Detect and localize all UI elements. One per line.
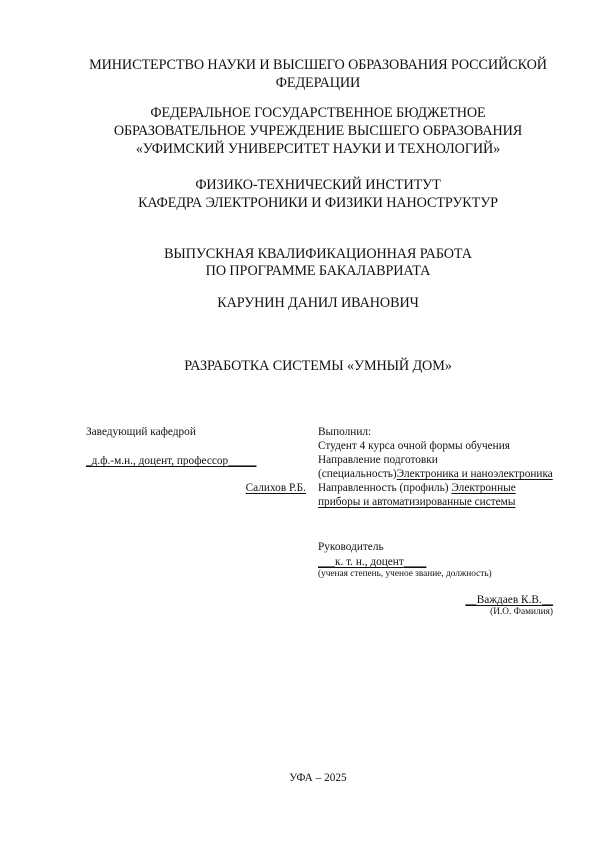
university-line-1: ФЕДЕРАЛЬНОЕ ГОСУДАРСТВЕННОЕ БЮДЖЕТНОЕ bbox=[0, 104, 595, 122]
specialty-value: Электроника и наноэлектроника bbox=[397, 468, 553, 480]
work-type-line-2: ПО ПРОГРАММЕ БАКАЛАВРИАТА bbox=[0, 263, 595, 280]
university-heading: ФЕДЕРАЛЬНОЕ ГОСУДАРСТВЕННОЕ БЮДЖЕТНОЕ ОБ… bbox=[0, 104, 595, 158]
institute-name: ФИЗИКО-ТЕХНИЧЕСКИЙ ИНСТИТУТ bbox=[0, 176, 595, 194]
institute-heading: ФИЗИКО-ТЕХНИЧЕСКИЙ ИНСТИТУТ КАФЕДРА ЭЛЕК… bbox=[0, 176, 595, 212]
university-line-3: «УФИМСКИЙ УНИВЕРСИТЕТ НАУКИ И ТЕХНОЛОГИЙ… bbox=[0, 140, 595, 158]
student-info: Студент 4 курса очной формы обучения bbox=[318, 439, 553, 453]
profile-line: Направленность (профиль) Электронные bbox=[318, 481, 553, 495]
ministry-line-1: МИНИСТЕРСТВО НАУКИ И ВЫСШЕГО ОБРАЗОВАНИЯ… bbox=[0, 56, 595, 74]
supervisor-degree-caption: (ученая степень, ученое звание, должност… bbox=[318, 569, 492, 580]
ministry-heading: МИНИСТЕРСТВО НАУКИ И ВЫСШЕГО ОБРАЗОВАНИЯ… bbox=[0, 56, 595, 92]
performer-block: Выполнил: Студент 4 курса очной формы об… bbox=[318, 425, 553, 509]
work-type: ВЫПУСКНАЯ КВАЛИФИКАЦИОННАЯ РАБОТА ПО ПРО… bbox=[0, 246, 595, 279]
city-year: УФА – 2025 bbox=[0, 771, 595, 785]
performer-label: Выполнил: bbox=[318, 425, 553, 439]
profile-value-2: приборы и автоматизированные системы bbox=[318, 495, 553, 509]
thesis-title: РАЗРАБОТКА СИСТЕМЫ «УМНЫЙ ДОМ» bbox=[0, 357, 595, 375]
work-type-line-1: ВЫПУСКНАЯ КВАЛИФИКАЦИОННАЯ РАБОТА bbox=[0, 246, 595, 263]
supervisor-degree: ___к. т. н., доцент____ bbox=[318, 555, 426, 569]
specialty-label: (специальность) bbox=[318, 468, 397, 480]
head-of-department-degree: _д.ф.-м.н., доцент, профессор_____ bbox=[86, 454, 256, 468]
head-degree-text: д.ф.-м.н., доцент, профессор bbox=[92, 455, 229, 467]
author-name: КАРУНИН ДАНИЛ ИВАНОВИЧ bbox=[0, 294, 595, 312]
direction-label: Направление подготовки bbox=[318, 453, 553, 467]
university-line-2: ОБРАЗОВАТЕЛЬНОЕ УЧРЕЖДЕНИЕ ВЫСШЕГО ОБРАЗ… bbox=[0, 122, 595, 140]
supervisor-name: __Важдаев К.В.__ bbox=[465, 593, 553, 607]
specialty-line: (специальность)Электроника и наноэлектро… bbox=[318, 467, 553, 481]
profile-label: Направленность (профиль) bbox=[318, 482, 451, 494]
supervisor-name-caption: (И.О. Фамилия) bbox=[490, 607, 553, 618]
profile-value-1: Электронные bbox=[451, 482, 515, 494]
head-of-department-label: Заведующий кафедрой bbox=[86, 425, 196, 439]
head-of-department-name: Салихов Р.Б. bbox=[246, 481, 306, 495]
supervisor-name-text: Важдаев К.В. bbox=[477, 594, 542, 606]
department-name: КАФЕДРА ЭЛЕКТРОНИКИ И ФИЗИКИ НАНОСТРУКТУ… bbox=[0, 194, 595, 212]
supervisor-label: Руководитель bbox=[318, 540, 384, 554]
ministry-line-2: ФЕДЕРАЦИИ bbox=[0, 74, 595, 92]
supervisor-degree-text: к. т. н., доцент bbox=[335, 556, 404, 568]
